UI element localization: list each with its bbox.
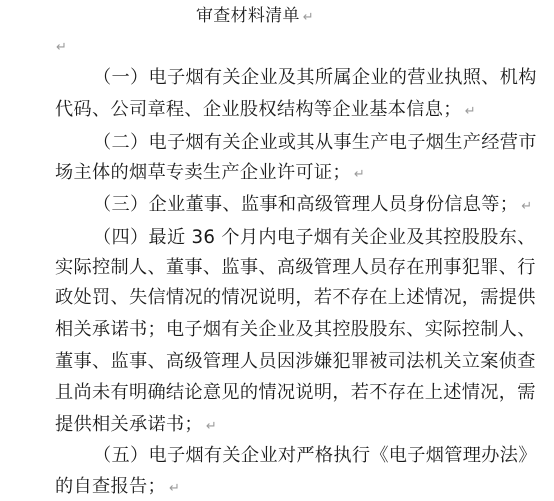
item-4-line-6: 且尚未有明确结论意见的情况说明，若不存在上述情况，需 [55, 377, 536, 409]
line-text: （一）电子烟有关企业及其所属企业的营业执照、机构 [93, 67, 537, 88]
paragraph-mark-icon: ↵ [521, 199, 532, 214]
item-4-line-3: 政处罚、失信情况的情况说明，若不存在上述情况，需提供 [55, 282, 536, 314]
line-text: （二）电子烟有关企业或其从事生产电子烟生产经营市 [93, 132, 537, 153]
paragraph-mark-icon: ↵ [56, 40, 67, 55]
item-2-line-1: （二）电子烟有关企业或其从事生产电子烟生产经营市 [55, 127, 537, 159]
paragraph-mark-icon: ↵ [465, 104, 476, 119]
line-text: 代码、公司章程、企业股权结构等企业基本信息； [55, 99, 462, 120]
line-text: （四）最近 36 个月内电子烟有关企业及其控股股东、 [93, 227, 536, 248]
line-text: 提供相关承诺书； [55, 414, 203, 435]
paragraph-mark-icon: ↵ [169, 481, 180, 496]
item-3-line-1: （三）企业董事、监事和高级管理人员身份信息等；↵ [55, 189, 532, 221]
line-text: 相关承诺书；电子烟有关企业及其控股股东、实际控制人、 [55, 319, 536, 340]
item-4-line-2: 实际控制人、董事、监事、高级管理人员存在刑事犯罪、行 [55, 252, 536, 284]
line-text: 政处罚、失信情况的情况说明，若不存在上述情况，需提供 [55, 287, 536, 308]
empty-line: ↵ [53, 30, 67, 62]
paragraph-mark-icon: ↵ [206, 419, 217, 434]
item-5-line-2: 的自查报告；↵ [55, 471, 180, 501]
line-text: 且尚未有明确结论意见的情况说明，若不存在上述情况，需 [55, 382, 536, 403]
item-2-line-2: 场主体的烟草专卖生产企业许可证；↵ [55, 157, 365, 189]
line-text: （五）电子烟有关企业对严格执行《电子烟管理办法》 [93, 445, 537, 466]
item-4-line-7: 提供相关承诺书；↵ [55, 409, 217, 441]
item-5-line-1: （五）电子烟有关企业对严格执行《电子烟管理办法》 [55, 440, 537, 472]
document-title: 审查材料清单↵ [55, 0, 455, 32]
line-text: （三）企业董事、监事和高级管理人员身份信息等； [93, 194, 518, 215]
line-text: 董事、监事、高级管理人员因涉嫌犯罪被司法机关立案侦查 [55, 351, 536, 372]
item-4-line-5: 董事、监事、高级管理人员因涉嫌犯罪被司法机关立案侦查 [55, 346, 536, 378]
paragraph-mark-icon: ↵ [354, 167, 365, 182]
item-4-line-1: （四）最近 36 个月内电子烟有关企业及其控股股东、 [55, 222, 536, 254]
title-text: 审查材料清单 [196, 6, 300, 26]
line-text: 实际控制人、董事、监事、高级管理人员存在刑事犯罪、行 [55, 257, 536, 278]
item-1-line-2: 代码、公司章程、企业股权结构等企业基本信息；↵ [55, 94, 476, 126]
line-text: 场主体的烟草专卖生产企业许可证； [55, 162, 351, 183]
item-4-line-4: 相关承诺书；电子烟有关企业及其控股股东、实际控制人、 [55, 314, 536, 346]
paragraph-mark-icon: ↵ [303, 10, 314, 25]
item-1-line-1: （一）电子烟有关企业及其所属企业的营业执照、机构 [55, 62, 537, 94]
line-text: 的自查报告； [55, 476, 166, 497]
